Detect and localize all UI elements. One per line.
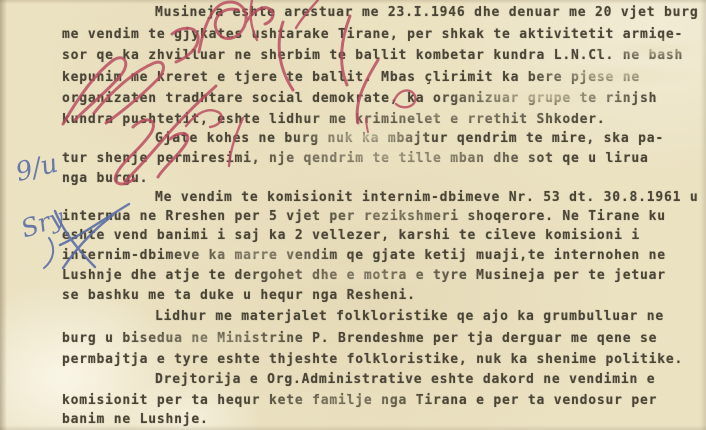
typed-line: Me vendim te komisionit internim-dbimeve… [155,189,698,206]
typed-line: Musineja eshte arestuar me 23.I.1946 dhe… [155,4,698,21]
typed-line: eshte vend banimi i saj ka 2 vellezer, k… [62,227,640,244]
typed-line: komisionit per ta hequr kete familje nga… [62,392,657,409]
typed-line: Drejtorija e Org.Administrative eshte da… [155,371,655,388]
scanned-document-page: Musineja eshte arestuar me 23.I.1946 dhe… [0,0,706,430]
typed-line: Gjate kohes ne burg nuk ka mbajtur qendr… [155,130,664,147]
typed-line: banim ne Lushnje. [62,411,209,428]
typed-line: permbajtja e tyre eshte thjeshte folklor… [62,351,683,368]
typed-line: organizaten tradhtare social demokrate, … [62,90,657,107]
typed-line: kundra pushtetit, eshte lidhur me krimin… [62,111,605,128]
typed-line: sor qe ka zhvilluar ne sherbim te ballit… [62,47,683,64]
typed-line: me vendim te gjykates ushtarake Tirane, … [62,26,683,43]
typed-line: tur shenje permiresimi, nje qendrim te t… [62,150,649,167]
typed-line: internim-dbimeve ka marre vendim qe gjat… [62,247,666,264]
typed-line: kepunim me kreret e tjere te ballit. Mba… [62,69,640,86]
typed-line: Lidhur me materjalet folkloristike qe aj… [155,308,664,325]
typed-text-block: Musineja eshte arestuar me 23.I.1946 dhe… [0,0,706,430]
typed-line: burg u bisedua ne Ministrine P. Brendesh… [62,330,657,347]
typed-line: internua ne Rreshen per 5 vjet per rezik… [62,208,666,225]
typed-line: Lushnje dhe atje te dergohet dhe e motra… [62,267,666,284]
typed-line: nga burgu. [62,170,148,187]
typed-line: se bashku me ta duke u hequr nga Resheni… [62,287,416,304]
